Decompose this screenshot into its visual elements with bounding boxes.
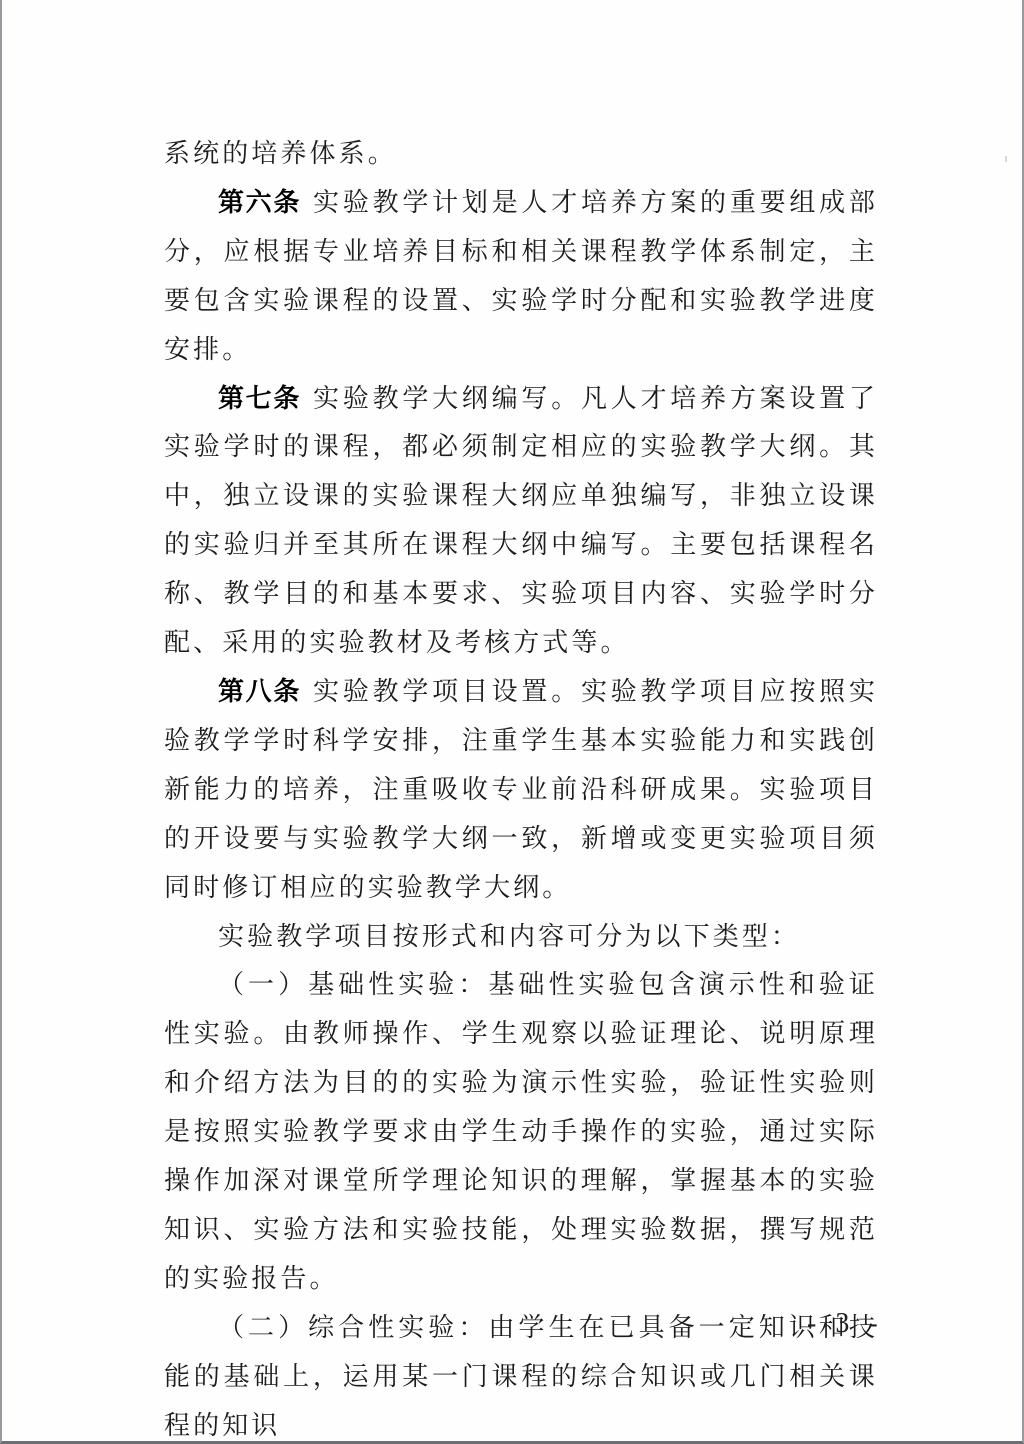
scan-artifact bbox=[1005, 156, 1007, 162]
article-label: 第八条 bbox=[218, 677, 301, 707]
paragraph-text: （二）综合性实验：由学生在已具备一定知识和技能的基础上，运用某一门课程的综合知识… bbox=[164, 1313, 878, 1441]
paragraph-text: 系统的培养体系。 bbox=[164, 139, 397, 169]
page-number: - 3 - bbox=[807, 1308, 884, 1340]
paragraph-text: （一）基础性实验：基础性实验包含演示性和验证性实验。由教师操作、学生观察以验证理… bbox=[164, 970, 878, 1293]
paragraph-continuation: 系统的培养体系。 bbox=[164, 130, 878, 179]
paragraph-text: 实验教学项目设置。实验教学项目应按照实验教学学时科学安排，注重学生基本实验能力和… bbox=[164, 677, 878, 903]
article-8: 第八条 实验教学项目设置。实验教学项目应按照实验教学学时科学安排，注重学生基本实… bbox=[164, 668, 878, 913]
basic-experiment-item: （一）基础性实验：基础性实验包含演示性和验证性实验。由教师操作、学生观察以验证理… bbox=[164, 961, 878, 1303]
article-6: 第六条 实验教学计划是人才培养方案的重要组成部分，应根据专业培养目标和相关课程教… bbox=[164, 179, 878, 375]
article-label: 第六条 bbox=[218, 188, 301, 218]
paragraph-text: 实验教学大纲编写。凡人才培养方案设置了实验学时的课程，都必须制定相应的实验教学大… bbox=[164, 384, 878, 659]
project-types-intro: 实验教学项目按形式和内容可分为以下类型： bbox=[164, 913, 878, 962]
paragraph-text: 实验教学项目按形式和内容可分为以下类型： bbox=[218, 922, 800, 952]
article-7: 第七条 实验教学大纲编写。凡人才培养方案设置了实验学时的课程，都必须制定相应的实… bbox=[164, 375, 878, 668]
document-body: 系统的培养体系。 第六条 实验教学计划是人才培养方案的重要组成部分，应根据专业培… bbox=[164, 130, 878, 1444]
document-page: 系统的培养体系。 第六条 实验教学计划是人才培养方案的重要组成部分，应根据专业培… bbox=[0, 0, 1024, 1444]
article-label: 第七条 bbox=[218, 384, 301, 414]
comprehensive-experiment-item: （二）综合性实验：由学生在已具备一定知识和技能的基础上，运用某一门课程的综合知识… bbox=[164, 1304, 878, 1444]
